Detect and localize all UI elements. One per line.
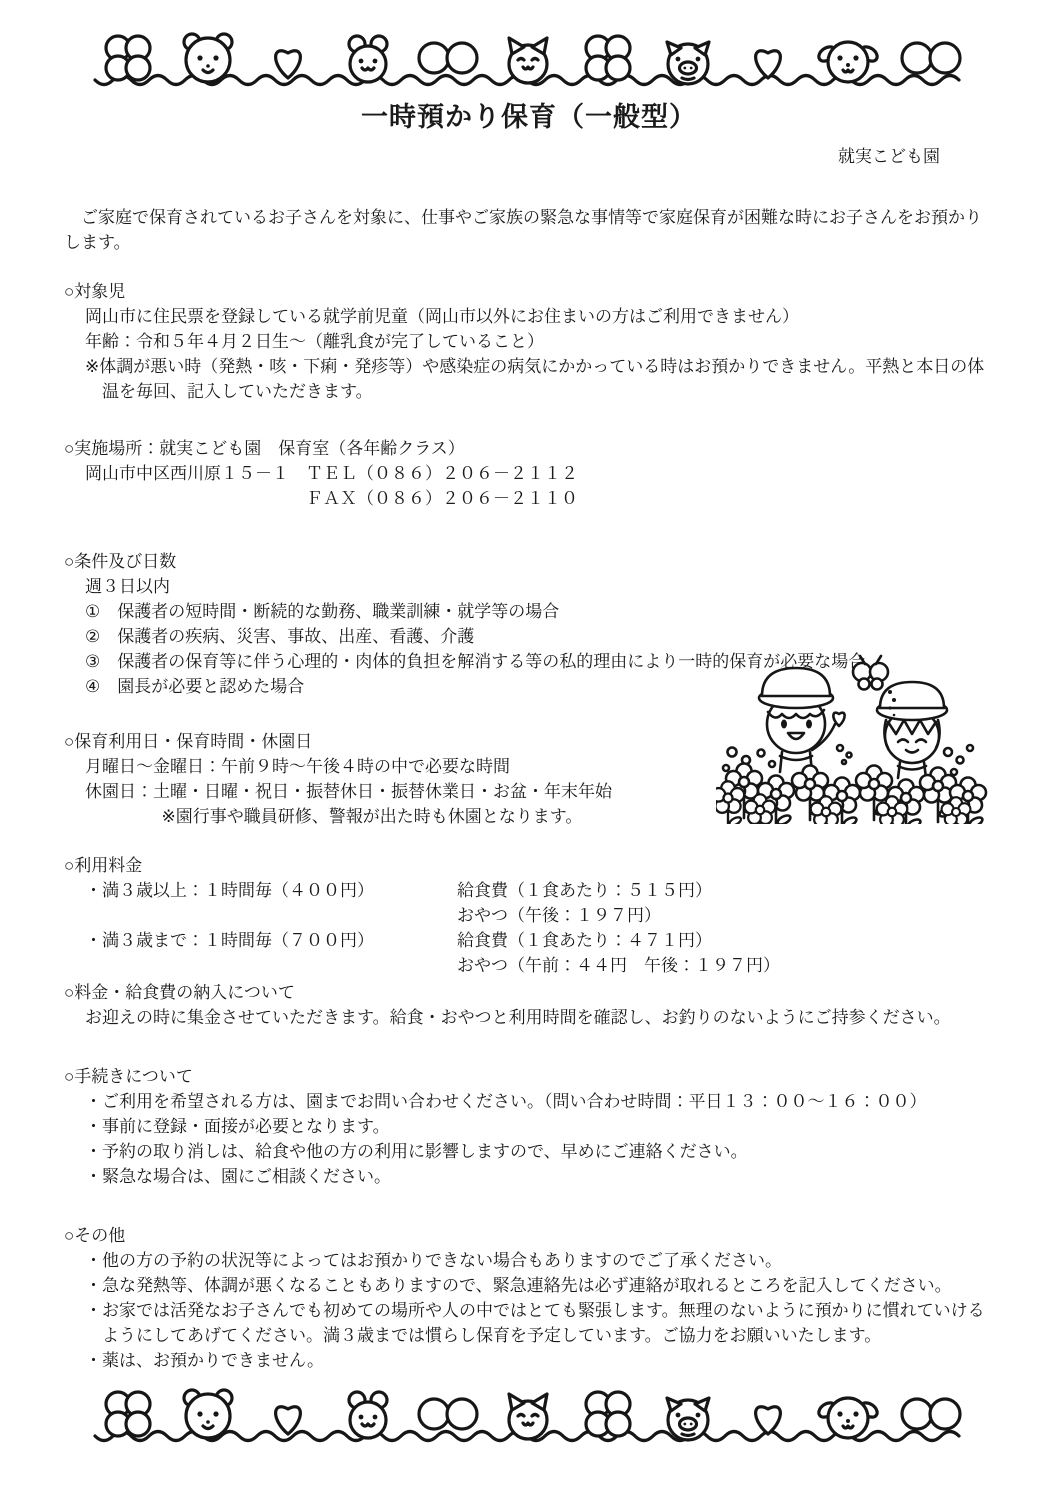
sub-heading: 週３日以内 — [64, 574, 990, 599]
butterfly-icon — [419, 43, 477, 73]
bullet-item: ・事前に登録・面接が必要となります。 — [64, 1114, 990, 1139]
fee-lunch: 給食費（１食あたり：５１５円） — [457, 878, 712, 903]
document-page: 一時預かり保育（一般型） 就実こども園 ご家庭で保育されているお子さんを対象に、… — [0, 0, 1058, 1497]
bullet-item: ・薬は、お預かりできません。 — [64, 1348, 990, 1373]
tel-number: ＴＥＬ（０８６）２０６－２１１２ — [289, 464, 578, 483]
body-line: 岡山市に住民票を登録している就学前児童（岡山市以外にお住まいの方はご利用できませ… — [64, 304, 990, 329]
organization-name: 就実こども園 — [0, 144, 1058, 169]
heart-icon — [756, 51, 781, 78]
section-heading: ○その他 — [64, 1223, 990, 1248]
bear-icon — [184, 34, 232, 82]
bullet-item: ・急な発熱等、体調が悪くなることもありますので、緊急連絡先は必ず連絡が取れるとこ… — [64, 1273, 990, 1298]
pig-icon — [667, 42, 709, 84]
clover-icon — [106, 36, 150, 80]
bullet-item: ・ご利用を希望される方は、園までお問い合わせください。（問い合わせ時間：平日１３… — [64, 1089, 990, 1114]
address: 岡山市中区西川原１５－１ — [85, 464, 289, 483]
body-line: 年齢：令和５年４月２日生～（離乳食が完了していること） — [64, 329, 990, 354]
section-heading: ○実施場所：就実こども園 保育室（各年齢クラス） — [64, 436, 990, 461]
fee-lunch: 給食費（１食あたり：４７１円） — [457, 928, 780, 953]
fee-row: ・満３歳まで：１時間毎（７００円） 給食費（１食あたり：４７１円） おやつ（午前… — [64, 928, 990, 978]
numbered-item: ② 保護者の疾病、災害、事故、出産、看護、介護 — [64, 624, 990, 649]
cat-icon — [509, 38, 547, 83]
clover-icon — [586, 36, 630, 80]
bullet-item: ・緊急な場合は、園にご相談ください。 — [64, 1164, 990, 1189]
bullet-item: ・お家では活発なお子さんでも初めての場所や人の中ではとても緊張します。無理のない… — [64, 1298, 990, 1348]
decorative-animal-border-top — [93, 28, 965, 92]
fee-age-price: ・満３歳まで：１時間毎（７００円） — [85, 928, 457, 978]
body-line: お迎えの時に集金させていただきます。給食・おやつと利用時間を確認し、お釣りのない… — [64, 1005, 990, 1030]
flower-field — [716, 764, 986, 825]
section-heading: ○対象児 — [64, 279, 990, 304]
bullet-item: ・予約の取り消しは、給食や他の方の利用に影響しますので、早めにご連絡ください。 — [64, 1139, 990, 1164]
puppy-icon — [816, 42, 880, 82]
section-fees: ○利用料金 ・満３歳以上：１時間毎（４００円） 給食費（１食あたり：５１５円） … — [64, 853, 990, 978]
section-location: ○実施場所：就実こども園 保育室（各年齢クラス） 岡山市中区西川原１５－１ＴＥＬ… — [64, 436, 990, 511]
section-other: ○その他 ・他の方の予約の状況等によってはお預かりできない場合もありますのでご了… — [64, 1223, 990, 1373]
section-payment: ○料金・給食費の納入について お迎えの時に集金させていただきます。給食・おやつと… — [64, 980, 990, 1030]
section-heading: ○利用料金 — [64, 853, 990, 878]
fee-age-price: ・満３歳以上：１時間毎（４００円） — [85, 878, 457, 928]
rabbit-icon — [349, 36, 387, 82]
girl-with-hat — [877, 682, 947, 778]
intro-paragraph: ご家庭で保育されているお子さんを対象に、仕事やご家族の緊急な事情等で家庭保育が困… — [64, 205, 990, 255]
section-heading: ○手続きについて — [64, 1064, 990, 1089]
fee-meal-costs: 給食費（１食あたり：４７１円） おやつ（午前：４４円 午後：１９７円） — [457, 928, 780, 978]
decorative-animal-border-bottom — [93, 1384, 965, 1448]
page-title: 一時預かり保育（一般型） — [0, 100, 1058, 134]
butterfly-icon — [902, 43, 960, 73]
section-heading: ○料金・給食費の納入について — [64, 980, 990, 1005]
fee-meal-costs: 給食費（１食あたり：５１５円） おやつ（午後：１９７円） — [457, 878, 712, 928]
children-flower-field-illustration — [716, 652, 988, 824]
fee-row: ・満３歳以上：１時間毎（４００円） 給食費（１食あたり：５１５円） おやつ（午後… — [64, 878, 990, 928]
fax-line: 岡山市中区西川原１５－１ＦＡＸ（０８６）２０６－２１１０ — [64, 486, 990, 511]
numbered-item: ① 保護者の短時間・断続的な勤務、職業訓練・就学等の場合 — [64, 599, 990, 624]
body-line: ※体調が悪い時（発熱・咳・下痢・発疹等）や感染症の病気にかかっている時はお預かり… — [64, 354, 990, 404]
address-line: 岡山市中区西川原１５－１ＴＥＬ（０８６）２０６－２１１２ — [64, 461, 990, 486]
fee-snack: おやつ（午前：４４円 午後：１９７円） — [457, 953, 780, 978]
fax-number: ＦＡＸ（０８６）２０６－２１１０ — [289, 489, 578, 508]
bullet-item: ・他の方の予約の状況等によってはお預かりできない場合もありますのでご了承ください… — [64, 1248, 990, 1273]
fee-snack: おやつ（午後：１９７円） — [457, 903, 712, 928]
section-heading: ○条件及び日数 — [64, 549, 990, 574]
heart-icon — [276, 51, 301, 78]
section-procedure: ○手続きについて ・ご利用を希望される方は、園までお問い合わせください。（問い合… — [64, 1064, 990, 1189]
section-target-children: ○対象児 岡山市に住民票を登録している就学前児童（岡山市以外にお住まいの方はご利… — [64, 279, 990, 404]
boy-with-hat — [759, 668, 845, 772]
